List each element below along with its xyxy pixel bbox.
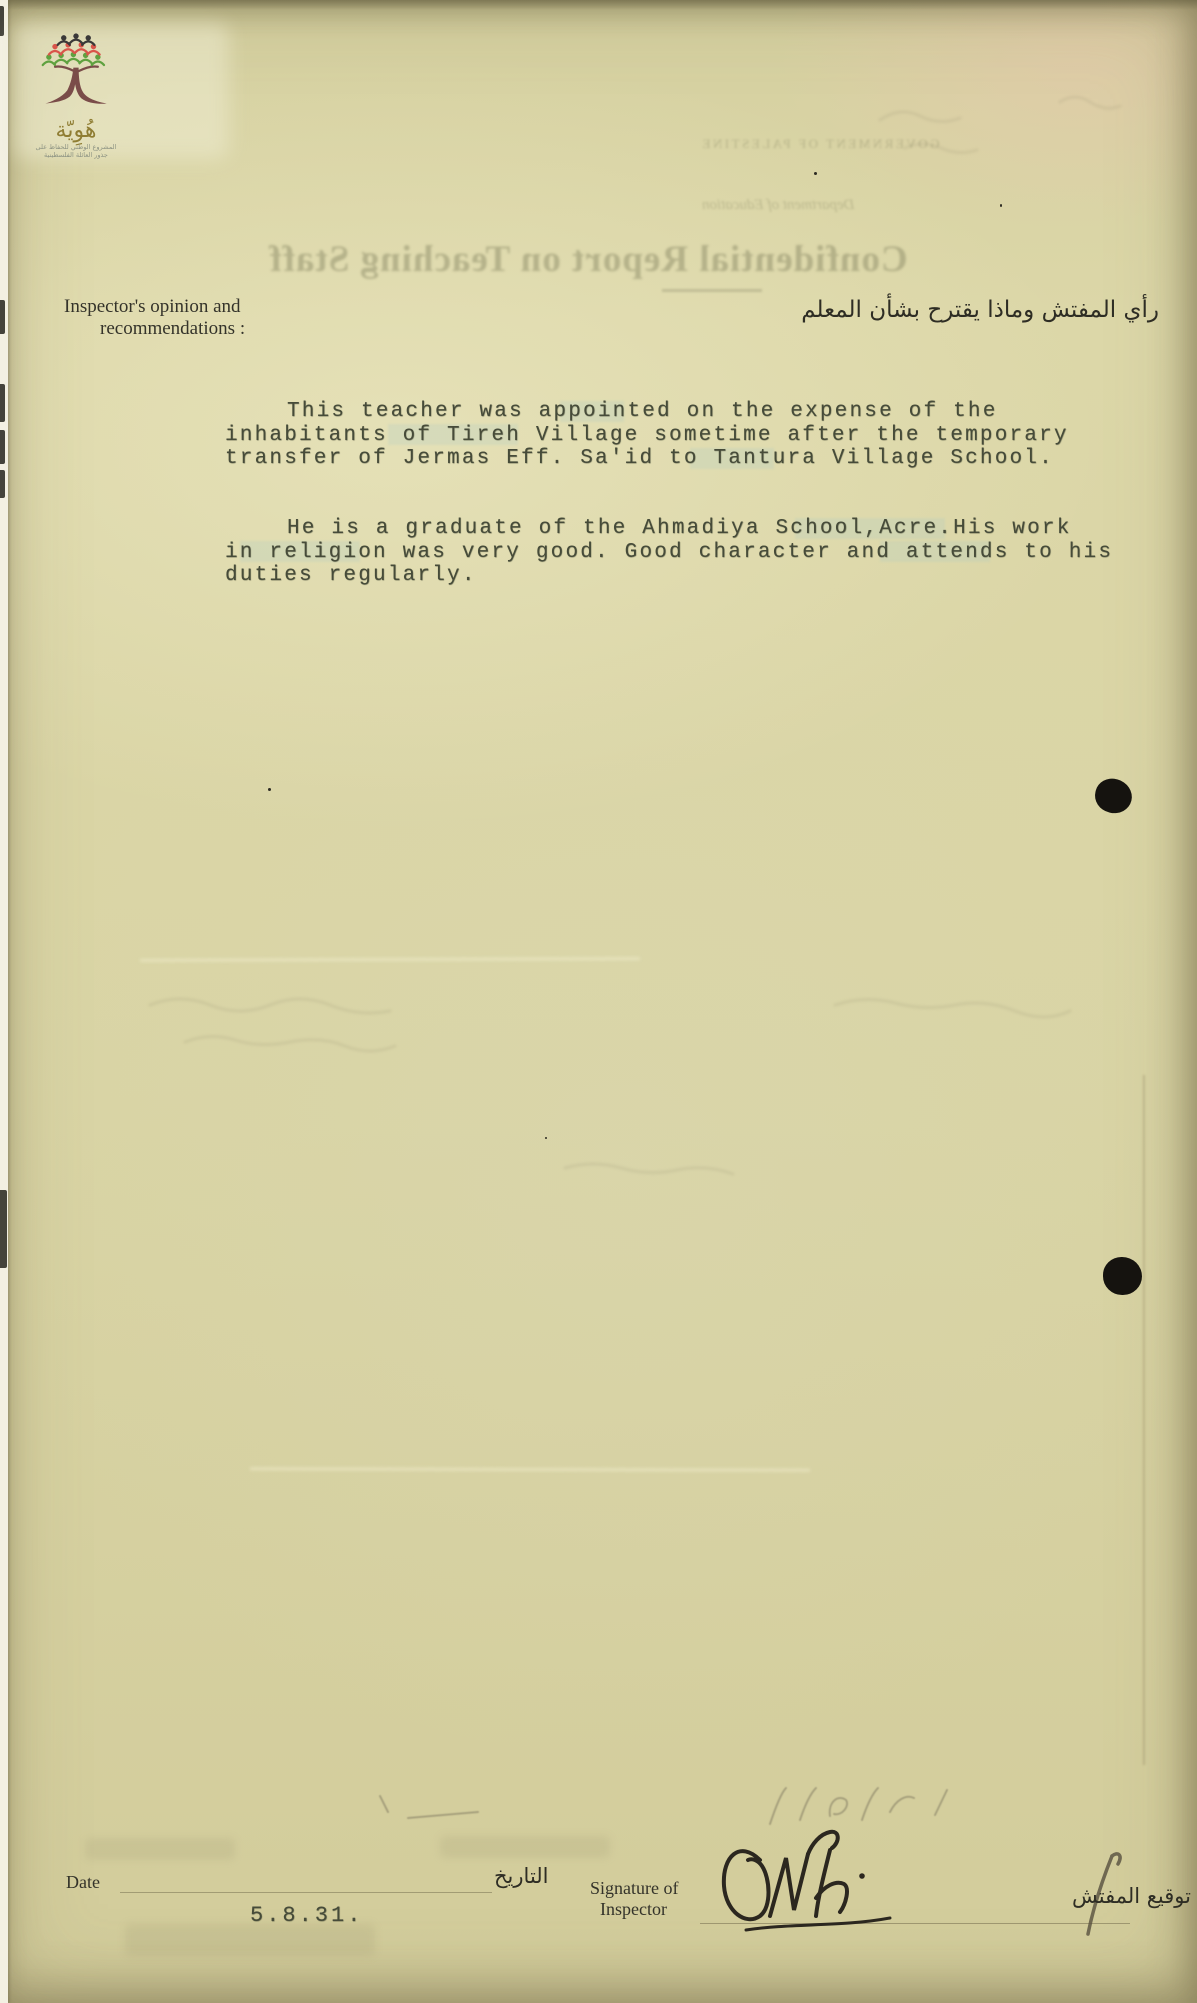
ink-blot bbox=[1091, 775, 1135, 817]
ink-speck bbox=[1000, 204, 1002, 207]
report-paragraph-2: He is a graduate of the Ahmadiya School,… bbox=[225, 517, 1175, 588]
logo-tagline-line1: المشروع الوطني للحفاظ على bbox=[28, 143, 124, 151]
left-edge-mark bbox=[0, 470, 5, 498]
inspectors-opinion-line2: recommendations : bbox=[64, 318, 245, 340]
left-edge-mark bbox=[0, 300, 5, 334]
signature-arabic-label: توقيع المفتش bbox=[1072, 1884, 1191, 1908]
scan-smudge bbox=[440, 1836, 610, 1858]
signature-label-line1: Signature of bbox=[590, 1878, 678, 1899]
ink-speck bbox=[814, 172, 817, 175]
paragraph2-line2: in religion was very good. Good characte… bbox=[225, 541, 1175, 565]
date-arabic-label: التاريخ bbox=[494, 1864, 549, 1888]
paragraph2-line1: He is a graduate of the Ahmadiya School,… bbox=[225, 517, 1175, 541]
archive-logo: هُوِيّة المشروع الوطني للحفاظ على جذور ا… bbox=[28, 32, 124, 159]
inspectors-opinion-line1: Inspector's opinion and bbox=[64, 296, 245, 318]
paragraph2-line3: duties regularly. bbox=[225, 564, 1175, 588]
paper-page: هُوِيّة المشروع الوطني للحفاظ على جذور ا… bbox=[0, 0, 1197, 2003]
signature-of-inspector-label: Signature of Inspector bbox=[590, 1878, 678, 1920]
ink-speck bbox=[268, 788, 271, 791]
tree-of-people-icon bbox=[41, 32, 111, 112]
ghost-department-text: Department of Education bbox=[702, 197, 854, 214]
left-edge-mark bbox=[0, 6, 4, 36]
left-edge-mark bbox=[0, 1190, 7, 1268]
paper-crease bbox=[1143, 1075, 1145, 1765]
ink-speck bbox=[545, 1137, 547, 1139]
logo-calligraphy: هُوِيّة bbox=[28, 119, 124, 143]
inspector-signature bbox=[712, 1828, 922, 1940]
date-fill-line bbox=[120, 1892, 492, 1893]
scan-smudge bbox=[85, 1838, 235, 1860]
date-value: 5.8.31. bbox=[250, 1903, 363, 1928]
ghost-title-underline bbox=[662, 289, 762, 292]
date-label: Date bbox=[66, 1872, 100, 1893]
paragraph1-line3: transfer of Jermas Eff. Sa'id to Tantura… bbox=[225, 447, 1175, 471]
left-edge-mark bbox=[0, 384, 5, 422]
left-edge-mark bbox=[0, 430, 5, 464]
paper-crease bbox=[140, 957, 640, 962]
paper-crease bbox=[250, 1467, 810, 1471]
report-paragraph-1: This teacher was appointed on the expens… bbox=[225, 400, 1175, 471]
inspectors-opinion-arabic: رأي المفتش وماذا يقترح بشأن المعلم bbox=[801, 297, 1159, 323]
ghost-government-text: GOVERNMENT OF PALESTINE bbox=[700, 136, 940, 152]
paragraph1-line1: This teacher was appointed on the expens… bbox=[225, 400, 1175, 424]
logo-tagline-line2: جذور العائلة الفلسطينية bbox=[28, 151, 124, 159]
paragraph1-line2: inhabitants of Tireh Village sometime af… bbox=[225, 424, 1175, 448]
ink-blot bbox=[1103, 1257, 1142, 1295]
ghost-title-text: Confidential Report on Teaching Staff bbox=[248, 238, 928, 281]
inspectors-opinion-label: Inspector's opinion and recommendations … bbox=[64, 296, 245, 340]
paper-top-edge-shadow bbox=[0, 0, 1197, 10]
signature-label-line2: Inspector bbox=[590, 1899, 678, 1920]
scan-smudge bbox=[125, 1924, 375, 1956]
